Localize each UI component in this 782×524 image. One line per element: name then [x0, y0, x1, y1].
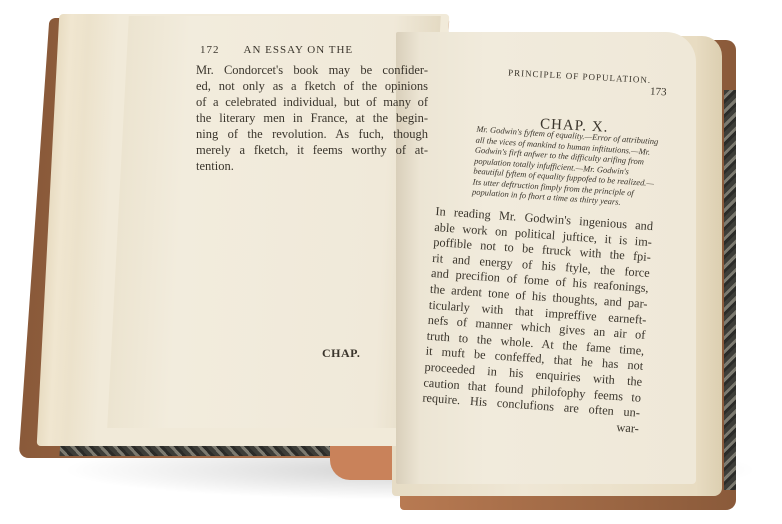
text-line: ed, not only as a fketch of the opinions	[196, 78, 428, 94]
marbled-board-right	[724, 90, 736, 490]
left-page-header: 172 AN ESSAY ON THE	[200, 44, 410, 56]
left-page-number: 172	[200, 44, 220, 56]
left-catchword: CHAP.	[322, 346, 360, 361]
text-line: tention.	[196, 158, 428, 174]
left-running-head: AN ESSAY ON THE	[244, 44, 354, 56]
right-page-number: 173	[650, 86, 667, 99]
text-line: of a celebrated individual, but of many …	[196, 94, 428, 110]
left-page-body: Mr. Condorcet's book may be confider- ed…	[196, 62, 428, 174]
text-line: the literary men in France, at the begin…	[196, 110, 428, 126]
text-line: Mr. Condorcet's book may be confider-	[196, 62, 428, 78]
text-line: merely a fketch, it feems worthy of at-	[196, 142, 428, 158]
text-line: ning of the revolution. As fuch, though	[196, 126, 428, 142]
right-page-body: In reading Mr. Godwin's ingenious and ab…	[421, 204, 654, 437]
book-photo: 172 AN ESSAY ON THE Mr. Condorcet's book…	[0, 0, 782, 524]
chapter-summary: Mr. Godwin's fyftem of equality.—Error o…	[472, 124, 661, 210]
